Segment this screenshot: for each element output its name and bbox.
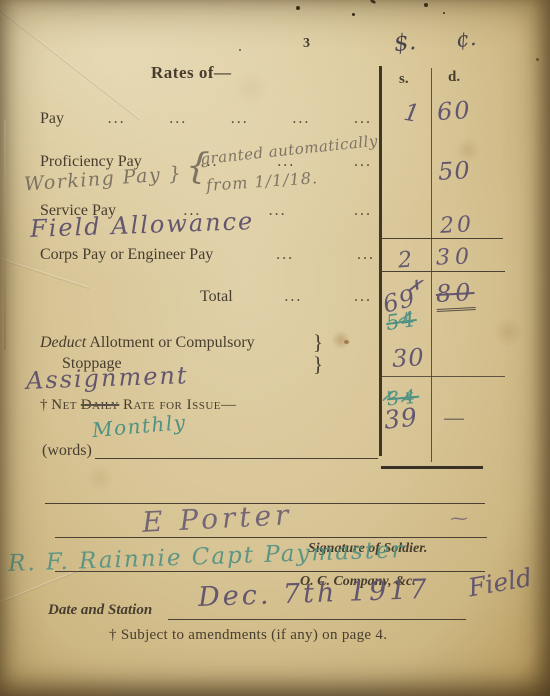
deduct-line1: Deduct Allotment or Compulsory (40, 334, 255, 352)
annotation-from-date: from 1/1/18. (205, 168, 318, 195)
column-header-s: s. (399, 71, 409, 88)
dot-leader: ... (276, 246, 294, 264)
net-shillings-final: 39 (383, 402, 420, 434)
dot-leader: ... (354, 202, 372, 220)
stoppage-amount: 30 (391, 343, 425, 373)
pay-label: Pay (40, 110, 64, 128)
paper-crease (0, 2, 140, 121)
deduct-word: Deduct (40, 334, 86, 351)
words-line (95, 458, 378, 459)
pay-row: Pay ... ... ... ... ... (40, 110, 372, 128)
paper-speck (344, 340, 349, 344)
paybook-page: 3 $. ¢. Rates of— s. d. Pay ... ... ... … (0, 0, 550, 696)
deduct-brace-bottom: } (313, 352, 323, 377)
paper-speck (239, 49, 241, 51)
signature-flourish: ⁓ (450, 508, 468, 529)
total-pence-value: 80 (435, 278, 475, 312)
dot-leader: ... (108, 110, 126, 128)
net-word: Net (51, 397, 77, 413)
proficiency-pence-value: 50 (437, 156, 471, 186)
dot-leader: ... (354, 288, 372, 306)
net-rate-line: † Net Daily Rate for Issue— (40, 397, 237, 414)
field-allowance-pence-value: 20 (439, 212, 474, 239)
paper-speck (352, 13, 355, 16)
dot-leader: ... (357, 246, 375, 264)
officer-signature-line (55, 571, 485, 572)
paper-speck (424, 3, 428, 7)
dot-leader: ... (231, 110, 249, 128)
net-pence-dash: — (443, 406, 465, 431)
pay-pence-value: 60 (436, 96, 472, 126)
page-number: 3 (303, 36, 310, 52)
corps-pence-value: 30 (436, 244, 475, 270)
corps-pay-label: Corps Pay or Engineer Pay (40, 246, 213, 264)
dot-leader: ... (169, 110, 187, 128)
words-label: (words) (42, 442, 92, 460)
corps-pay-row: Corps Pay or Engineer Pay ... ... (40, 246, 375, 264)
dagger-icon: † (40, 397, 48, 413)
date-value: Dec. 7th 1917 (198, 574, 431, 613)
station-value: Field (466, 563, 534, 603)
table-bottom-border (381, 466, 483, 469)
cent-mark: ¢. (454, 26, 477, 53)
paper-speck (443, 12, 445, 14)
deduct-line1-rest: Allotment or Compulsory (86, 334, 254, 351)
dot-leader: ... (354, 153, 372, 171)
pay-shillings-value: 1 (402, 98, 422, 128)
dollar-mark: $. (393, 29, 418, 57)
assignment-note: Assignment (26, 361, 189, 395)
rule-under-stoppage (381, 376, 505, 377)
corps-shillings-value: 2 (397, 248, 413, 274)
paper-speck (370, 0, 377, 4)
paper-speck (536, 58, 539, 61)
dot-leader: ... (284, 288, 302, 306)
dot-leader: ... (354, 110, 372, 128)
dot-leader: ... (292, 110, 310, 128)
soldier-signature: E Porter (141, 498, 293, 539)
total-label: Total (200, 288, 233, 306)
table-title: Rates of— (151, 63, 232, 83)
date-station-label: Date and Station (48, 602, 152, 619)
soldier-signature-line (55, 537, 487, 538)
dot-leader: ... (269, 202, 287, 220)
monthly-note: Monthly (91, 410, 187, 442)
table-vline-thin (431, 68, 432, 462)
total-row: Total ... ... (200, 288, 372, 306)
daily-word-struck: Daily (81, 397, 120, 413)
column-header-d: d. (448, 69, 460, 86)
paper-speck (296, 6, 300, 10)
footer-note: † Subject to amendments (if any) on page… (109, 627, 387, 644)
paper-crease (4, 120, 6, 350)
date-station-line (168, 619, 466, 620)
